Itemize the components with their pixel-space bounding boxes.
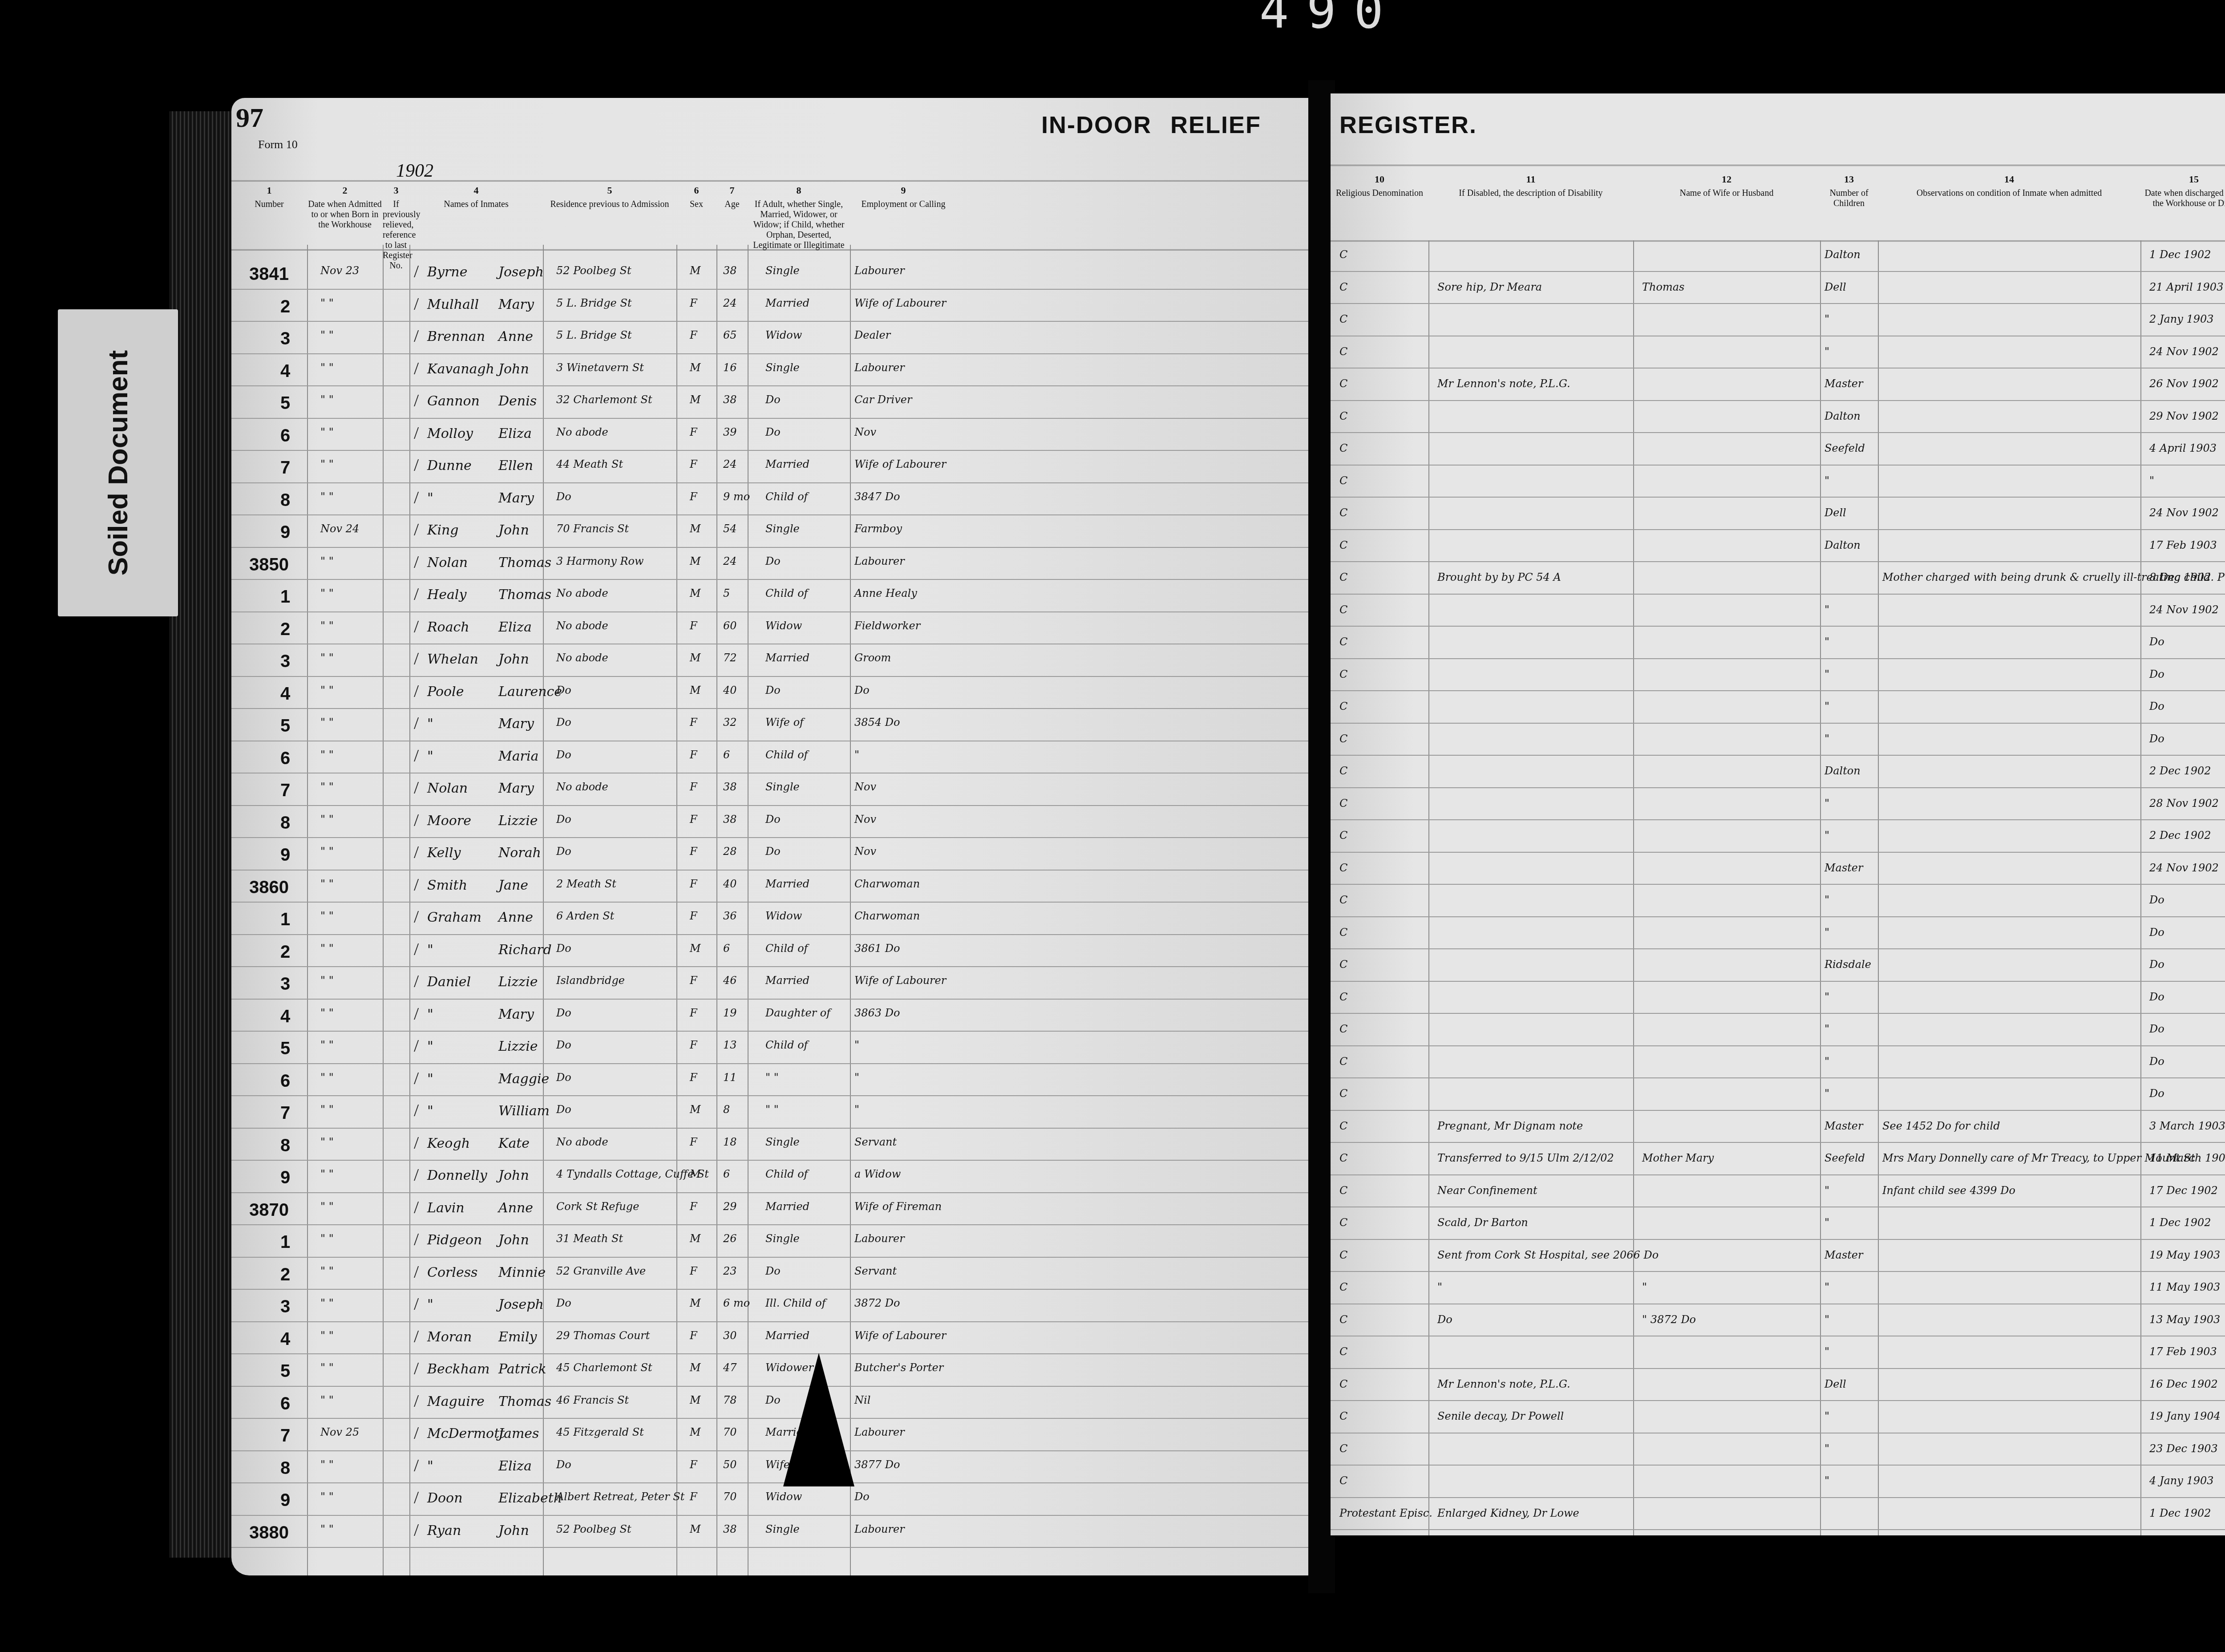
employment: Labourer bbox=[854, 1426, 905, 1438]
age: 6 bbox=[723, 942, 730, 955]
entry-number: 8 bbox=[280, 813, 290, 833]
entry-number: 3860 bbox=[249, 878, 289, 898]
number-of-children: Master bbox=[1824, 1249, 1863, 1261]
employment: Servant bbox=[854, 1136, 897, 1148]
residence: No abode bbox=[556, 1136, 608, 1148]
first-name: Maggie bbox=[498, 1071, 549, 1087]
check-mark: / bbox=[414, 1068, 419, 1089]
number-of-children: " bbox=[1824, 1345, 1829, 1358]
column-label: If Disabled, the description of Disabili… bbox=[1459, 188, 1602, 198]
first-name: Kate bbox=[498, 1136, 530, 1151]
age: 38 bbox=[723, 813, 737, 826]
admission-date: " " bbox=[320, 1265, 334, 1277]
age: 50 bbox=[723, 1458, 737, 1471]
admission-date: " " bbox=[320, 652, 334, 664]
admission-date: " " bbox=[320, 1361, 334, 1374]
sex: F bbox=[690, 1039, 697, 1051]
employment: Wife of Labourer bbox=[854, 297, 946, 309]
marital-status: Single bbox=[765, 361, 800, 374]
surname: Maguire bbox=[427, 1394, 485, 1409]
first-name: John bbox=[498, 1232, 529, 1248]
marital-status: Do bbox=[765, 1265, 781, 1277]
column-number: 9 bbox=[850, 185, 957, 196]
first-name: Eliza bbox=[498, 426, 532, 441]
first-name: Lizzie bbox=[498, 813, 538, 829]
discharge-date: 2 Jany 1903 bbox=[2149, 313, 2214, 325]
column-header-10: 10Religious Denomination bbox=[1331, 174, 1428, 198]
title-relief: RELIEF bbox=[1170, 111, 1261, 139]
admission-date: " " bbox=[320, 1007, 334, 1019]
number-of-children: " bbox=[1824, 345, 1829, 358]
entry-number: 6 bbox=[280, 1394, 290, 1414]
surname: Kelly bbox=[427, 845, 461, 861]
residence: 3 Harmony Row bbox=[556, 555, 644, 567]
first-name: Anne bbox=[498, 329, 533, 344]
surname: Brennan bbox=[427, 329, 485, 344]
discharge-date: 4 Jany 1903 bbox=[2149, 1474, 2214, 1487]
sex: M bbox=[690, 1168, 701, 1180]
discharge-date: 1 Dec 1902 bbox=[2149, 1507, 2211, 1519]
left-page: 97 Form 10 1902 IN-DOOR RELIEF 1Number2D… bbox=[231, 98, 1317, 1575]
religious-denomination: C bbox=[1339, 248, 1347, 261]
marital-status: Married bbox=[765, 878, 809, 890]
column-header-1: 1Number bbox=[231, 185, 307, 210]
religious-denomination: C bbox=[1339, 1474, 1347, 1487]
surname: " bbox=[427, 942, 433, 958]
surname: Molloy bbox=[427, 426, 473, 441]
discharge-date: 11 March 1903 bbox=[2149, 1152, 2225, 1164]
first-name: Elizabeth bbox=[498, 1490, 562, 1506]
column-header-5: 5Residence previous to Admission bbox=[543, 185, 676, 210]
religious-denomination: C bbox=[1339, 1281, 1347, 1293]
disability: Near Confinement bbox=[1437, 1184, 1537, 1197]
marital-status: Single bbox=[765, 522, 800, 535]
admission-date: " " bbox=[320, 974, 334, 987]
age: 23 bbox=[723, 1265, 737, 1277]
admission-date: " " bbox=[320, 490, 334, 503]
entry-number: 3870 bbox=[249, 1200, 289, 1220]
residence: 52 Poolbeg St bbox=[556, 1523, 631, 1535]
number-of-children: " bbox=[1824, 603, 1829, 616]
admission-date: " " bbox=[320, 1039, 334, 1051]
first-name: James bbox=[498, 1426, 539, 1441]
sex: F bbox=[690, 1265, 697, 1277]
page-number-left: 97 bbox=[236, 102, 263, 134]
sex: M bbox=[690, 1523, 701, 1535]
religious-denomination: C bbox=[1339, 1216, 1347, 1229]
sex: M bbox=[690, 1103, 701, 1116]
employment: Nil bbox=[854, 1394, 870, 1406]
religious-denomination: C bbox=[1339, 1442, 1347, 1455]
discharge-date: Do bbox=[2149, 894, 2164, 906]
column-number: 7 bbox=[716, 185, 748, 196]
number-of-children: Dell bbox=[1824, 281, 1846, 293]
observations: Mrs Mary Donnelly care of Mr Treacy, to … bbox=[1882, 1152, 2195, 1164]
marital-status: Wife of bbox=[765, 716, 804, 729]
discharge-date: Do bbox=[2149, 636, 2164, 648]
age: 24 bbox=[723, 297, 737, 309]
soiled-document-label: Soiled Document bbox=[102, 350, 134, 575]
marital-status: Do bbox=[765, 1394, 781, 1406]
number-of-children: Master bbox=[1824, 862, 1863, 874]
first-name: Thomas bbox=[498, 1394, 551, 1409]
employment: Do bbox=[854, 1490, 870, 1503]
residence: Do bbox=[556, 1071, 571, 1084]
residence: Do bbox=[556, 716, 571, 729]
employment: Wife of Labourer bbox=[854, 1329, 946, 1342]
sex: M bbox=[690, 522, 701, 535]
check-mark: / bbox=[414, 1487, 419, 1508]
first-name: John bbox=[498, 361, 529, 377]
surname: Moran bbox=[427, 1329, 472, 1345]
column-label: Sex bbox=[690, 199, 703, 209]
disability: Enlarged Kidney, Dr Lowe bbox=[1437, 1507, 1579, 1519]
marital-status: Do bbox=[765, 426, 781, 438]
marital-status: Daughter of bbox=[765, 1007, 830, 1019]
sex: F bbox=[690, 1136, 697, 1148]
employment: Charwoman bbox=[854, 910, 920, 922]
religious-denomination: C bbox=[1339, 700, 1347, 713]
religious-denomination: C bbox=[1339, 1378, 1347, 1390]
admission-date: " " bbox=[320, 1232, 334, 1245]
column-number: 15 bbox=[2140, 174, 2225, 185]
admission-date: " " bbox=[320, 1297, 334, 1309]
marital-status: Child of bbox=[765, 490, 808, 503]
discharge-date: Do bbox=[2149, 991, 2164, 1003]
age: 24 bbox=[723, 555, 737, 567]
residence: Do bbox=[556, 942, 571, 955]
entry-number: 5 bbox=[280, 393, 290, 413]
number-of-children: " bbox=[1824, 636, 1829, 648]
surname: Poole bbox=[427, 684, 464, 700]
marital-status: Child of bbox=[765, 942, 808, 955]
form-number: Form 10 bbox=[258, 138, 298, 151]
disability: Sore hip, Dr Meara bbox=[1437, 281, 1542, 293]
entry-number: 2 bbox=[280, 619, 290, 640]
number-of-children: " bbox=[1824, 1184, 1829, 1197]
check-mark: / bbox=[414, 745, 419, 766]
employment: Dealer bbox=[854, 329, 890, 341]
first-name: Emily bbox=[498, 1329, 537, 1345]
religious-denomination: C bbox=[1339, 668, 1347, 680]
first-name: Anne bbox=[498, 1200, 533, 1216]
employment: Servant bbox=[854, 1265, 897, 1277]
entry-number: 4 bbox=[280, 1007, 290, 1027]
check-mark: / bbox=[414, 713, 419, 733]
entry-number: 3880 bbox=[249, 1523, 289, 1543]
age: 38 bbox=[723, 264, 737, 277]
check-mark: / bbox=[414, 1003, 419, 1024]
religious-denomination: C bbox=[1339, 1087, 1347, 1100]
surname: Ryan bbox=[427, 1523, 461, 1539]
surname: " bbox=[427, 1071, 433, 1087]
check-mark: / bbox=[414, 1229, 419, 1250]
sex: F bbox=[690, 1007, 697, 1019]
age: 28 bbox=[723, 845, 737, 858]
sex: M bbox=[690, 264, 701, 277]
column-header-7: 7Age bbox=[716, 185, 748, 210]
column-number: 3 bbox=[383, 185, 409, 196]
religious-denomination: C bbox=[1339, 797, 1347, 810]
residence: 46 Francis St bbox=[556, 1394, 629, 1406]
disability: Pregnant, Mr Dignam note bbox=[1437, 1120, 1583, 1132]
column-label: If Adult, whether Single, Married, Widow… bbox=[753, 199, 844, 250]
employment: Labourer bbox=[854, 555, 905, 567]
marital-status: Married bbox=[765, 1200, 809, 1213]
number-of-children: Dalton bbox=[1824, 248, 1861, 261]
age: 54 bbox=[723, 522, 737, 535]
discharge-date: 2 Dec 1902 bbox=[2149, 829, 2211, 842]
residence: 5 L. Bridge St bbox=[556, 329, 632, 341]
surname: Smith bbox=[427, 878, 467, 893]
sex: F bbox=[690, 619, 697, 632]
first-name: Eliza bbox=[498, 1458, 532, 1474]
entry-number: 1 bbox=[280, 910, 290, 930]
column-number: 11 bbox=[1428, 174, 1633, 185]
discharge-date: 19 May 1903 bbox=[2149, 1249, 2220, 1261]
check-mark: / bbox=[414, 1293, 419, 1314]
number-of-children: " bbox=[1824, 1281, 1829, 1293]
first-name: Mary bbox=[498, 297, 534, 312]
residence: No abode bbox=[556, 781, 608, 793]
sex: F bbox=[690, 974, 697, 987]
surname: " bbox=[427, 1103, 433, 1119]
number-of-children: " bbox=[1824, 313, 1829, 325]
check-mark: / bbox=[414, 1422, 419, 1443]
entry-number: 5 bbox=[280, 716, 290, 736]
age: 6 mo bbox=[723, 1297, 750, 1309]
entry-number: 2 bbox=[280, 1265, 290, 1285]
disability: Do bbox=[1437, 1313, 1452, 1326]
sex: F bbox=[690, 781, 697, 793]
religious-denomination: C bbox=[1339, 1023, 1347, 1035]
age: 19 bbox=[723, 1007, 737, 1019]
entry-number: 8 bbox=[280, 1136, 290, 1156]
admission-date: " " bbox=[320, 716, 334, 729]
column-number: 2 bbox=[307, 185, 383, 196]
admission-date: " " bbox=[320, 587, 334, 599]
number-of-children: Ridsdale bbox=[1824, 958, 1871, 971]
admission-date: " " bbox=[320, 1458, 334, 1471]
check-mark: / bbox=[414, 261, 419, 282]
column-header-6: 6Sex bbox=[676, 185, 716, 210]
employment: Labourer bbox=[854, 1232, 905, 1245]
employment: Labourer bbox=[854, 1523, 905, 1535]
entry-number: 7 bbox=[280, 1426, 290, 1446]
sex: M bbox=[690, 652, 701, 664]
entry-number: 6 bbox=[280, 426, 290, 446]
first-name: Norah bbox=[498, 845, 541, 861]
religious-denomination: C bbox=[1339, 313, 1347, 325]
surname: Nolan bbox=[427, 555, 468, 571]
religious-denomination: C bbox=[1339, 1249, 1347, 1261]
number-of-children: " bbox=[1824, 700, 1829, 713]
column-label: Employment or Calling bbox=[862, 199, 946, 209]
marital-status: Married bbox=[765, 297, 809, 309]
discharge-date: Do bbox=[2149, 733, 2164, 745]
admission-date: " " bbox=[320, 749, 334, 761]
sex: M bbox=[690, 587, 701, 599]
entry-number: 9 bbox=[280, 845, 290, 865]
check-mark: / bbox=[414, 551, 419, 572]
admission-date: " " bbox=[320, 684, 334, 696]
admission-date: " " bbox=[320, 297, 334, 309]
marital-status: Child of bbox=[765, 1168, 808, 1180]
first-name: Joseph bbox=[498, 1297, 544, 1312]
first-name: Eliza bbox=[498, 619, 532, 635]
religious-denomination: C bbox=[1339, 1345, 1347, 1358]
residence: No abode bbox=[556, 652, 608, 664]
surname: Beckham bbox=[427, 1361, 489, 1377]
surname: Graham bbox=[427, 910, 481, 925]
disability: Brought by by PC 54 A bbox=[1437, 571, 1561, 583]
check-mark: / bbox=[414, 583, 419, 604]
number-of-children: " bbox=[1824, 1474, 1829, 1487]
number-of-children: " bbox=[1824, 733, 1829, 745]
age: 9 mo bbox=[723, 490, 750, 503]
discharge-date: 24 Nov 1902 bbox=[2149, 862, 2219, 874]
surname: Moore bbox=[427, 813, 471, 829]
entry-number: 3 bbox=[280, 1297, 290, 1317]
employment: Nov bbox=[854, 845, 876, 858]
check-mark: / bbox=[414, 906, 419, 927]
column-header-2: 2Date when Admitted to or when Born in t… bbox=[307, 185, 383, 230]
employment: a Widow bbox=[854, 1168, 901, 1180]
surname: Pidgeon bbox=[427, 1232, 482, 1248]
disability: Mr Lennon's note, P.L.G. bbox=[1437, 377, 1570, 390]
discharge-date: Do bbox=[2149, 958, 2164, 971]
admission-date: " " bbox=[320, 329, 334, 341]
marital-status: Do bbox=[765, 813, 781, 826]
marital-status: Do bbox=[765, 555, 781, 567]
entry-number: 4 bbox=[280, 1329, 290, 1349]
religious-denomination: C bbox=[1339, 474, 1347, 487]
entry-number: 7 bbox=[280, 1103, 290, 1123]
age: 30 bbox=[723, 1329, 737, 1342]
check-mark: / bbox=[414, 777, 419, 798]
entry-number: 3 bbox=[280, 652, 290, 672]
residence: Cork St Refuge bbox=[556, 1200, 639, 1213]
check-mark: / bbox=[414, 487, 419, 508]
number-of-children: " bbox=[1824, 1087, 1829, 1100]
entry-number: 6 bbox=[280, 1071, 290, 1091]
religious-denomination: C bbox=[1339, 603, 1347, 616]
entry-number: 3850 bbox=[249, 555, 289, 575]
admission-date: " " bbox=[320, 1136, 334, 1148]
first-name: Joseph bbox=[498, 264, 544, 280]
entry-number: 1 bbox=[280, 1232, 290, 1252]
religious-denomination: C bbox=[1339, 765, 1347, 777]
age: 29 bbox=[723, 1200, 737, 1213]
age: 32 bbox=[723, 716, 737, 729]
number-of-children: Master bbox=[1824, 1120, 1863, 1132]
religious-denomination: C bbox=[1339, 442, 1347, 454]
age: 16 bbox=[723, 361, 737, 374]
residence: 5 L. Bridge St bbox=[556, 297, 632, 309]
first-name: Patrick bbox=[498, 1361, 546, 1377]
discharge-date: 26 Nov 1902 bbox=[2149, 377, 2219, 390]
employment: Farmboy bbox=[854, 522, 902, 535]
observations: See 1452 Do for child bbox=[1882, 1120, 2000, 1132]
disability: Mr Lennon's note, P.L.G. bbox=[1437, 1378, 1570, 1390]
title-in-door: IN-DOOR bbox=[1041, 111, 1152, 139]
check-mark: / bbox=[414, 519, 419, 540]
discharge-date: Do bbox=[2149, 1055, 2164, 1068]
sex: F bbox=[690, 749, 697, 761]
check-mark: / bbox=[414, 325, 419, 346]
column-header-12: 12Name of Wife or Husband bbox=[1633, 174, 1820, 198]
marital-status: Married bbox=[765, 1329, 809, 1342]
age: 5 bbox=[723, 587, 730, 599]
admission-date: " " bbox=[320, 1490, 334, 1503]
employment: 3854 Do bbox=[854, 716, 900, 729]
admission-date: " " bbox=[320, 458, 334, 470]
check-mark: / bbox=[414, 616, 419, 637]
number-of-children: " bbox=[1824, 829, 1829, 842]
religious-denomination: C bbox=[1339, 1184, 1347, 1197]
admission-date: " " bbox=[320, 1168, 334, 1180]
marital-status: " " bbox=[765, 1071, 779, 1084]
column-label: Residence previous to Admission bbox=[550, 199, 669, 209]
first-name: John bbox=[498, 1523, 529, 1539]
surname: " bbox=[427, 1458, 433, 1474]
sex: F bbox=[690, 297, 697, 309]
residence: 45 Fitzgerald St bbox=[556, 1426, 644, 1438]
residence: 70 Francis St bbox=[556, 522, 629, 535]
surname: Lavin bbox=[427, 1200, 465, 1216]
entry-number: 6 bbox=[280, 749, 290, 769]
sex: F bbox=[690, 813, 697, 826]
residence: Do bbox=[556, 813, 571, 826]
sex: F bbox=[690, 329, 697, 341]
sex: F bbox=[690, 1329, 697, 1342]
check-mark: / bbox=[414, 1326, 419, 1347]
surname: Dunne bbox=[427, 458, 472, 474]
sex: F bbox=[690, 845, 697, 858]
check-mark: / bbox=[414, 648, 419, 669]
employment: Butcher's Porter bbox=[854, 1361, 943, 1374]
check-mark: / bbox=[414, 971, 419, 992]
number-of-children: Dell bbox=[1824, 506, 1846, 519]
marital-status: Child of bbox=[765, 1039, 808, 1051]
residence: No abode bbox=[556, 426, 608, 438]
frame-number: 490 bbox=[1259, 0, 1401, 39]
age: 40 bbox=[723, 878, 737, 890]
sex: M bbox=[690, 1297, 701, 1309]
surname: Mulhall bbox=[427, 297, 479, 312]
admission-date: Nov 23 bbox=[320, 264, 359, 277]
discharge-date: " bbox=[2149, 474, 2154, 487]
disability: Scald, Dr Barton bbox=[1437, 1216, 1528, 1229]
discharge-date: Do bbox=[2149, 1087, 2164, 1100]
employment: " bbox=[854, 1071, 859, 1084]
number-of-children: " bbox=[1824, 797, 1829, 810]
residence: No abode bbox=[556, 587, 608, 599]
discharge-date: Do bbox=[2149, 700, 2164, 713]
column-number: 1 bbox=[231, 185, 307, 196]
entry-number: 4 bbox=[280, 684, 290, 704]
check-mark: / bbox=[414, 1358, 419, 1379]
surname: " bbox=[427, 1297, 433, 1312]
column-number: 14 bbox=[1878, 174, 2140, 185]
age: 60 bbox=[723, 619, 737, 632]
sex: F bbox=[690, 910, 697, 922]
first-name: Lizzie bbox=[498, 974, 538, 990]
check-mark: / bbox=[414, 1455, 419, 1476]
surname: " bbox=[427, 1007, 433, 1022]
residence: Do bbox=[556, 749, 571, 761]
disability: Senile decay, Dr Powell bbox=[1437, 1410, 1564, 1422]
